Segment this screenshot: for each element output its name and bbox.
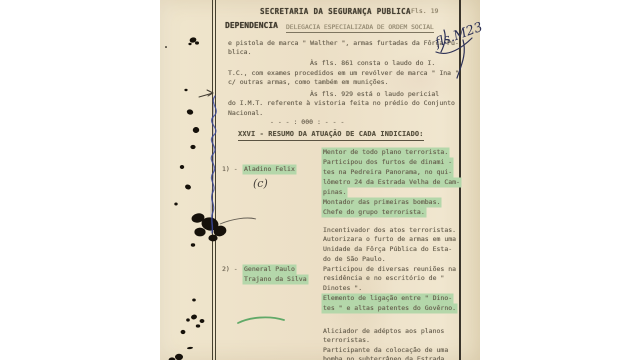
text-line: 1) - — [222, 166, 238, 173]
text-line: DEPENDENCIA — [225, 22, 278, 29]
text-line: Dinotes ". — [323, 285, 362, 292]
text-line: Participante da colocação de uma — [323, 347, 448, 354]
text-line: blica. — [228, 49, 251, 56]
text-line: Fls. 19 — [411, 8, 438, 15]
text-line: Montador das primeiras bombas. — [323, 199, 440, 206]
text-line: e pistola de marca " Walther ", armas fu… — [228, 40, 459, 47]
text-line: residência e no escritório de " — [323, 275, 444, 282]
text-line: Aladino Felix — [244, 166, 295, 173]
text-line: Mentor de todo plano terrorista. — [323, 149, 448, 156]
text-line: pinas. — [323, 189, 346, 196]
text-line: Aliciador de adéptos aos planos — [323, 328, 444, 335]
text-line: Trajano da Silva — [244, 276, 307, 283]
text-line: Autorizara o furto de armas em uma — [323, 236, 456, 243]
text-line: do de São Paulo. — [323, 256, 386, 263]
left-margin-rule-inner — [215, 0, 216, 360]
text-line: Elemento de ligação entre " Dino- — [323, 295, 452, 302]
text-line: Chefe do grupo terrorista. — [323, 209, 425, 216]
text-line: Nacional. — [228, 110, 263, 117]
text-line: bomba no subterrâneo da Estrada — [323, 356, 444, 360]
text-line: do I.M.T. referente à vistoria feita no … — [228, 100, 455, 107]
text-line: 2) - — [222, 266, 238, 273]
left-margin-rule — [212, 0, 213, 360]
text-line: DELEGACIA ESPECIALIZADA DE ORDEM SOCIAL — [286, 24, 434, 33]
text-line: Unidade da Fôrça Pública do Esta- — [323, 246, 452, 253]
text-line: (c) — [253, 180, 268, 187]
text-line: c/ outras armas, como também em munições… — [228, 79, 388, 86]
text-line: XXVI - RESUMO DA ATUAÇÃO DE CADA INDICIA… — [238, 131, 424, 141]
text-line: - - - : 000 : - - - — [270, 119, 344, 126]
text-line: SECRETARIA DA SEGURANÇA PUBLICA — [260, 8, 411, 15]
text-line: General Paulo — [244, 266, 295, 273]
text-line: terroristas. — [323, 337, 370, 344]
scanned-document-page: SECRETARIA DA SEGURANÇA PUBLICAFls. 19DE… — [0, 0, 640, 360]
text-line: Participou dos furtos de dinami - — [323, 159, 452, 166]
text-line: lômetro 24 da Estrada Velha de Cam- — [323, 179, 460, 186]
text-line: tes na Pedreira Panorama, no qui- — [323, 169, 452, 176]
text-line: T.C., com exames procedidos em um revólv… — [228, 70, 459, 77]
text-line: Incentivador dos atos terroristas. — [323, 227, 456, 234]
text-line: Às fls. 929 está o laudo pericial — [310, 91, 439, 98]
text-line: tes " e altas patentes do Govêrno. — [323, 305, 456, 312]
text-line: Às fls. 861 consta o laudo do I. — [310, 60, 435, 67]
text-line: Participou de diversas reuniões na — [323, 266, 456, 273]
